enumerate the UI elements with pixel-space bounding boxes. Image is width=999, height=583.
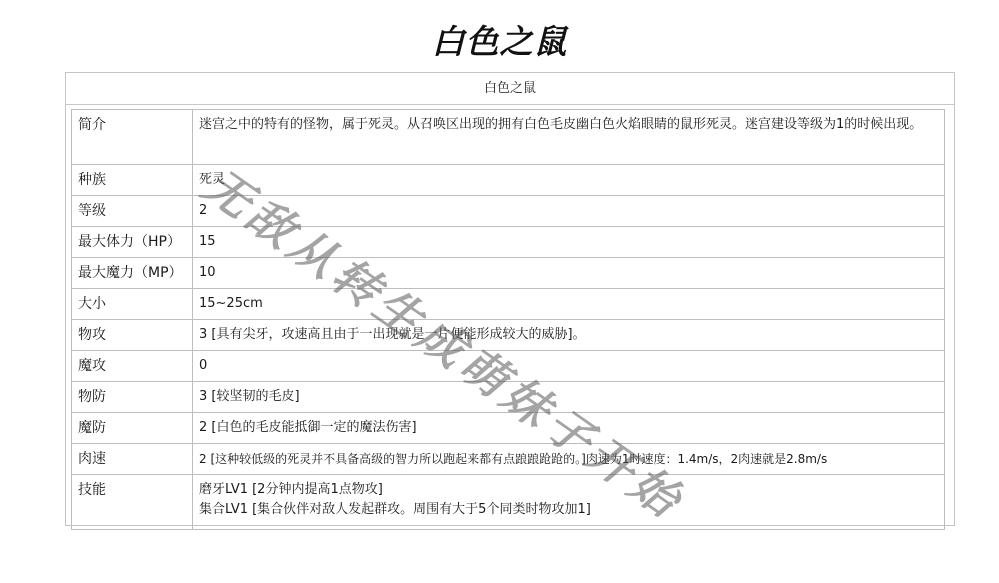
table-row: 技能 磨牙LV1 [2分钟内提高1点物攻] 集合LV1 [集合伙伴对敌人发起群攻… xyxy=(72,475,945,530)
row-label-skills: 技能 xyxy=(72,475,193,530)
row-value-intro: 迷宫之中的特有的怪物，属于死灵。从召唤区出现的拥有白色毛皮幽白色火焰眼睛的鼠形死… xyxy=(193,110,945,165)
row-label-level: 等级 xyxy=(72,196,193,227)
infobox: 白色之鼠 简介 迷宫之中的特有的怪物，属于死灵。从召唤区出现的拥有白色毛皮幽白色… xyxy=(65,72,955,526)
table-row: 物防 3 [较坚韧的毛皮] xyxy=(72,382,945,413)
table-row: 肉速 2 [这种较低级的死灵并不具备高级的智力所以跑起来都有点踉踉跄跄的。]肉速… xyxy=(72,444,945,475)
page-title: 白色之鼠 xyxy=(0,16,999,63)
row-value-race: 死灵 xyxy=(193,165,945,196)
row-label-hp: 最大体力（HP） xyxy=(72,227,193,258)
row-value-phys-attack: 3 [具有尖牙，攻速高且由于一出现就是一片便能形成较大的威胁]。 xyxy=(193,320,945,351)
row-label-magic-attack: 魔攻 xyxy=(72,351,193,382)
table-row: 种族 死灵 xyxy=(72,165,945,196)
table-row: 物攻 3 [具有尖牙，攻速高且由于一出现就是一片便能形成较大的威胁]。 xyxy=(72,320,945,351)
row-label-race: 种族 xyxy=(72,165,193,196)
row-label-size: 大小 xyxy=(72,289,193,320)
row-value-magic-attack: 0 xyxy=(193,351,945,382)
row-label-phys-attack: 物攻 xyxy=(72,320,193,351)
row-label-speed: 肉速 xyxy=(72,444,193,475)
skill-item: 磨牙LV1 [2分钟内提高1点物攻] xyxy=(199,480,938,500)
table-row: 最大魔力（MP） 10 xyxy=(72,258,945,289)
table-row: 最大体力（HP） 15 xyxy=(72,227,945,258)
infobox-header: 白色之鼠 xyxy=(66,73,954,105)
info-table: 简介 迷宫之中的特有的怪物，属于死灵。从召唤区出现的拥有白色毛皮幽白色火焰眼睛的… xyxy=(71,109,945,530)
table-row: 等级 2 xyxy=(72,196,945,227)
row-value-size: 15~25cm xyxy=(193,289,945,320)
row-value-skills: 磨牙LV1 [2分钟内提高1点物攻] 集合LV1 [集合伙伴对敌人发起群攻。周围… xyxy=(193,475,945,530)
row-label-mp: 最大魔力（MP） xyxy=(72,258,193,289)
skill-item: 集合LV1 [集合伙伴对敌人发起群攻。周围有大于5个同类时物攻加1] xyxy=(199,500,938,520)
row-value-level: 2 xyxy=(193,196,945,227)
row-value-phys-defense: 3 [较坚韧的毛皮] xyxy=(193,382,945,413)
row-value-speed: 2 [这种较低级的死灵并不具备高级的智力所以跑起来都有点踉踉跄跄的。]肉速为1时… xyxy=(193,444,945,475)
row-value-magic-defense: 2 [白色的毛皮能抵御一定的魔法伤害] xyxy=(193,413,945,444)
row-label-phys-defense: 物防 xyxy=(72,382,193,413)
row-value-hp: 15 xyxy=(193,227,945,258)
table-row: 魔攻 0 xyxy=(72,351,945,382)
row-label-magic-defense: 魔防 xyxy=(72,413,193,444)
table-row: 魔防 2 [白色的毛皮能抵御一定的魔法伤害] xyxy=(72,413,945,444)
table-row: 简介 迷宫之中的特有的怪物，属于死灵。从召唤区出现的拥有白色毛皮幽白色火焰眼睛的… xyxy=(72,110,945,165)
table-row: 大小 15~25cm xyxy=(72,289,945,320)
row-label-intro: 简介 xyxy=(72,110,193,165)
row-value-mp: 10 xyxy=(193,258,945,289)
